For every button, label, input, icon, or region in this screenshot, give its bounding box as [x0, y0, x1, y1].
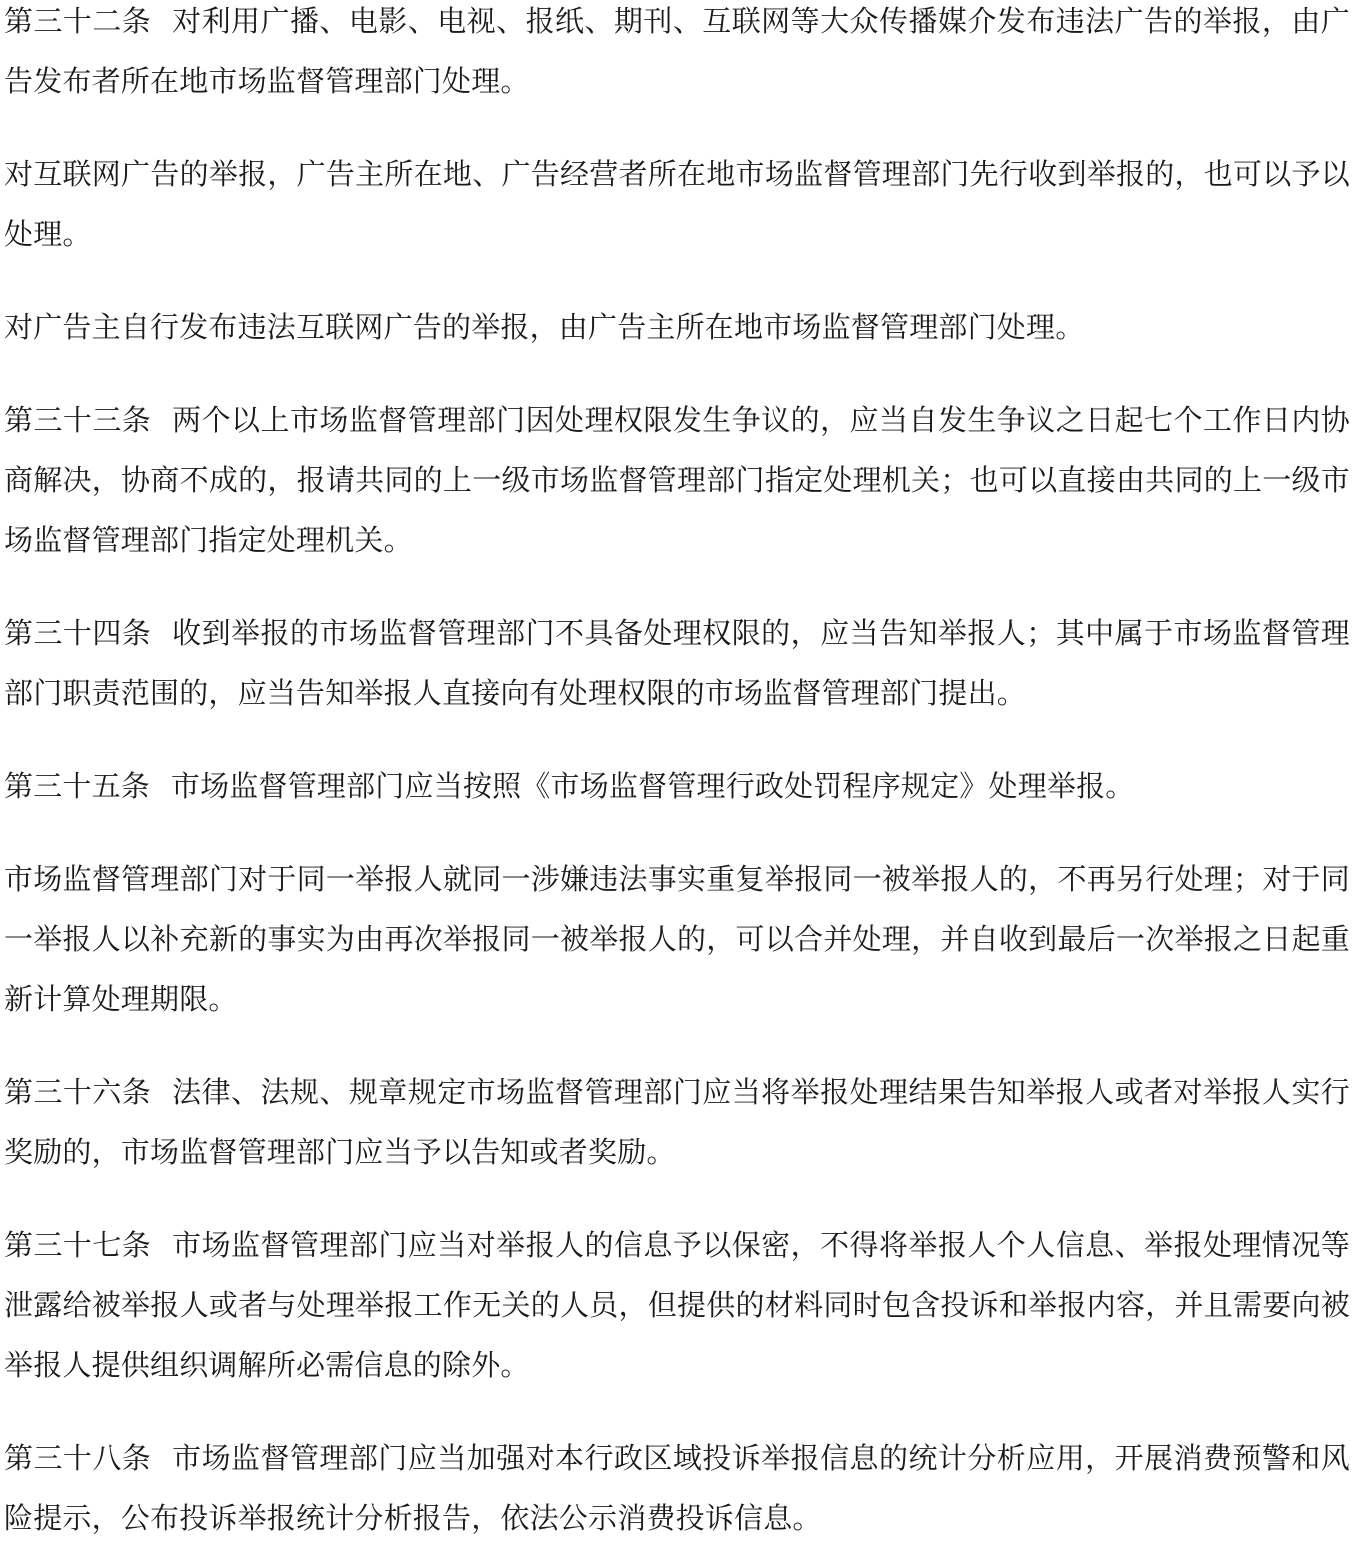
- article-number: 第三十六条: [4, 1077, 151, 1109]
- paragraph-article-32-cont-2: 对广告主自行发布违法互联网广告的举报，由广告主所在地市场监督管理部门处理。: [4, 298, 1350, 358]
- article-number: 第三十七条: [4, 1230, 151, 1262]
- paragraph-article-36: 第三十六条法律、法规、规章规定市场监督管理部门应当将举报处理结果告知举报人或者对…: [4, 1063, 1350, 1183]
- paragraph-text: 两个以上市场监督管理部门因处理权限发生争议的，应当自发生争议之日起七个工作日内协…: [4, 405, 1350, 557]
- paragraph-article-32-cont-1: 对互联网广告的举报，广告主所在地、广告经营者所在地市场监督管理部门先行收到举报的…: [4, 145, 1350, 265]
- paragraph-article-37: 第三十七条市场监督管理部门应当对举报人的信息予以保密，不得将举报人个人信息、举报…: [4, 1216, 1350, 1396]
- paragraph-article-32: 第三十二条对利用广播、电影、电视、报纸、期刊、互联网等大众传播媒介发布违法广告的…: [4, 0, 1350, 112]
- article-number: 第三十八条: [4, 1443, 151, 1475]
- article-number: 第三十三条: [4, 405, 151, 437]
- paragraph-article-34: 第三十四条收到举报的市场监督管理部门不具备处理权限的，应当告知举报人；其中属于市…: [4, 604, 1350, 724]
- paragraph-text: 对互联网广告的举报，广告主所在地、广告经营者所在地市场监督管理部门先行收到举报的…: [4, 159, 1350, 251]
- paragraph-article-35-cont-1: 市场监督管理部门对于同一举报人就同一涉嫌违法事实重复举报同一被举报人的，不再另行…: [4, 850, 1350, 1030]
- article-number: 第三十二条: [4, 6, 151, 38]
- paragraph-text: 法律、法规、规章规定市场监督管理部门应当将举报处理结果告知举报人或者对举报人实行…: [4, 1077, 1350, 1169]
- paragraph-article-35: 第三十五条市场监督管理部门应当按照《市场监督管理行政处罚程序规定》处理举报。: [4, 757, 1350, 817]
- paragraph-article-33: 第三十三条两个以上市场监督管理部门因处理权限发生争议的，应当自发生争议之日起七个…: [4, 391, 1350, 571]
- paragraph-text: 市场监督管理部门对于同一举报人就同一涉嫌违法事实重复举报同一被举报人的，不再另行…: [4, 864, 1350, 1016]
- paragraph-text: 市场监督管理部门应当按照《市场监督管理行政处罚程序规定》处理举报。: [171, 771, 1135, 803]
- article-number: 第三十五条: [4, 771, 150, 803]
- article-number: 第三十四条: [4, 618, 151, 650]
- paragraph-text: 市场监督管理部门应当加强对本行政区域投诉举报信息的统计分析应用，开展消费预警和风…: [4, 1443, 1350, 1535]
- paragraph-text: 对利用广播、电影、电视、报纸、期刊、互联网等大众传播媒介发布违法广告的举报，由广…: [4, 6, 1350, 98]
- paragraph-text: 对广告主自行发布违法互联网广告的举报，由广告主所在地市场监督管理部门处理。: [4, 312, 1084, 344]
- paragraph-text: 收到举报的市场监督管理部门不具备处理权限的，应当告知举报人；其中属于市场监督管理…: [4, 618, 1350, 710]
- paragraph-article-38: 第三十八条市场监督管理部门应当加强对本行政区域投诉举报信息的统计分析应用，开展消…: [4, 1429, 1350, 1549]
- regulation-document: 第三十二条对利用广播、电影、电视、报纸、期刊、互联网等大众传播媒介发布违法广告的…: [0, 0, 1354, 1549]
- paragraph-text: 市场监督管理部门应当对举报人的信息予以保密，不得将举报人个人信息、举报处理情况等…: [4, 1230, 1350, 1382]
